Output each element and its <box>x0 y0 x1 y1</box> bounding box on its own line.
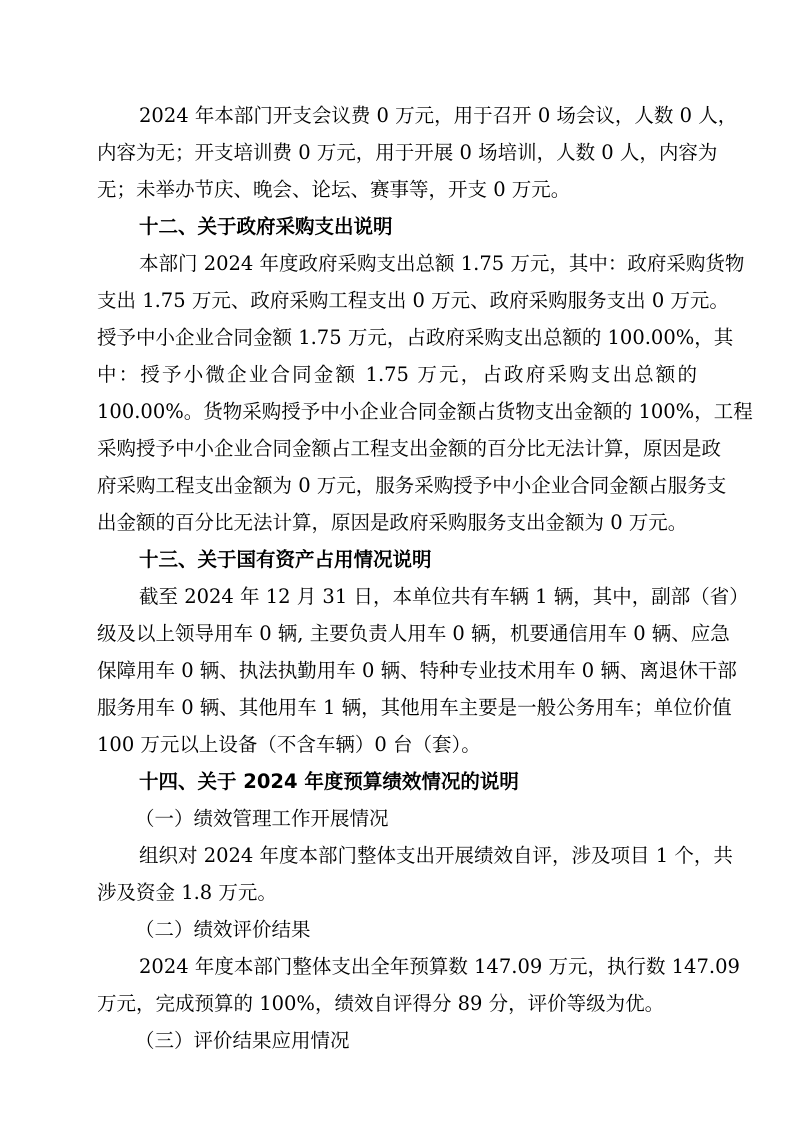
section-heading-14: 十四、关于 2024 年度预算绩效情况的说明 <box>139 767 697 797</box>
section-heading-13: 十三、关于国有资产占用情况说明 <box>139 545 697 575</box>
subheading-2: （二）绩效评价结果 <box>135 915 695 945</box>
paragraph-line: 内容为无；开支培训费 0 万元，用于开展 0 场培训，人数 0 人，内容为 <box>97 138 697 168</box>
paragraph-line: 保障用车 0 辆、执法执勤用车 0 辆、特种专业技术用车 0 辆、离退休干部 <box>97 656 697 686</box>
paragraph-line: 中：授予小微企业合同金额 1.75 万元，占政府采购支出总额的 <box>97 360 697 390</box>
paragraph-line: 涉及资金 1.8 万元。 <box>97 878 697 908</box>
paragraph-line: 无；未举办节庆、晚会、论坛、赛事等，开支 0 万元。 <box>97 175 697 205</box>
paragraph-line: 府采购工程支出金额为 0 万元，服务采购授予中小企业合同金额占服务支 <box>97 471 697 501</box>
paragraph-line: 2024 年度本部门整体支出全年预算数 147.09 万元，执行数 147.09 <box>139 952 697 982</box>
paragraph-line: 服务用车 0 辆、其他用车 1 辆，其他用车主要是一般公务用车；单位价值 <box>97 693 697 723</box>
paragraph-line: 级及以上领导用车 0 辆, 主要负责人用车 0 辆，机要通信用车 0 辆、应急 <box>97 619 697 649</box>
paragraph-line: 组织对 2024 年度本部门整体支出开展绩效自评，涉及项目 1 个，共 <box>139 841 697 871</box>
paragraph-line: 采购授予中小企业合同金额占工程支出金额的百分比无法计算，原因是政 <box>97 434 697 464</box>
paragraph-line: 2024 年本部门开支会议费 0 万元，用于召开 0 场会议，人数 0 人， <box>139 101 697 131</box>
paragraph-line: 100.00%。货物采购授予中小企业合同金额占货物支出金额的 100%，工程 <box>97 397 697 427</box>
paragraph-line: 支出 1.75 万元、政府采购工程支出 0 万元、政府采购服务支出 0 万元。 <box>97 286 697 316</box>
paragraph-line: 万元，完成预算的 100%，绩效自评得分 89 分，评价等级为优。 <box>97 989 697 1019</box>
subheading-1: （一）绩效管理工作开展情况 <box>135 804 695 834</box>
paragraph-line: 授予中小企业合同金额 1.75 万元，占政府采购支出总额的 100.00%，其 <box>97 323 697 353</box>
section-heading-12: 十二、关于政府采购支出说明 <box>139 212 697 242</box>
paragraph-line: 本部门 2024 年度政府采购支出总额 1.75 万元，其中：政府采购货物 <box>139 249 697 279</box>
paragraph-line: 截至 2024 年 12 月 31 日，本单位共有车辆 1 辆，其中，副部（省） <box>139 582 697 612</box>
document-page: 2024 年本部门开支会议费 0 万元，用于召开 0 场会议，人数 0 人， 内… <box>0 0 793 1122</box>
paragraph-line: 出金额的百分比无法计算，原因是政府采购服务支出金额为 0 万元。 <box>97 508 697 538</box>
paragraph-line: 100 万元以上设备（不含车辆）0 台（套）。 <box>97 730 697 760</box>
subheading-3: （三）评价结果应用情况 <box>135 1026 695 1056</box>
